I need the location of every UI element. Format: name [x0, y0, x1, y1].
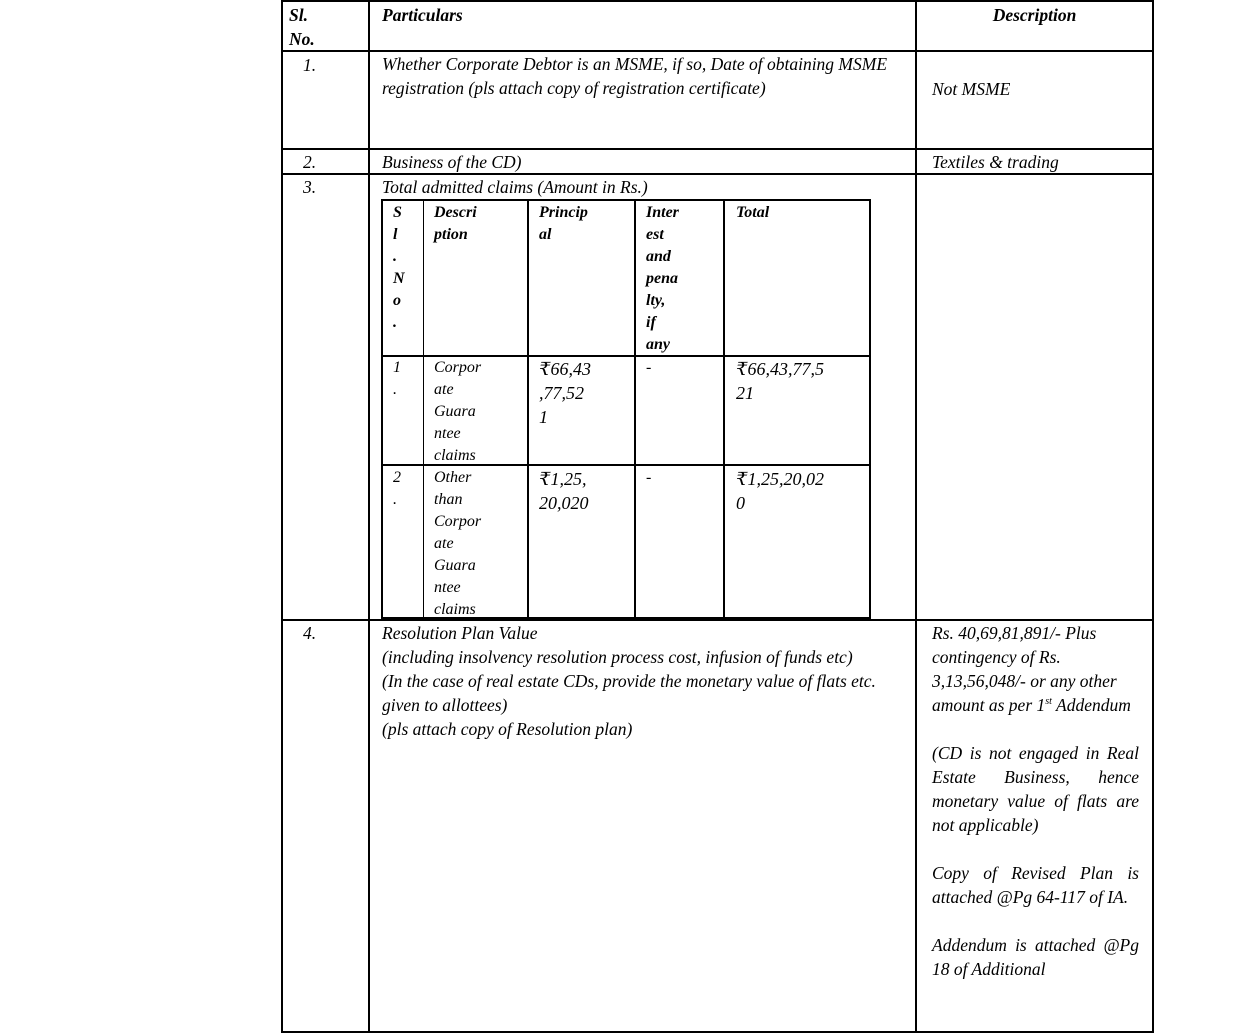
claims-table: S l . N o . Descri ption Princip al Inte… — [381, 199, 871, 619]
claims-header-description: Descri ption — [434, 202, 477, 246]
table-border-left — [281, 0, 283, 1033]
plan-value-tail: Addendum — [1056, 695, 1131, 715]
table-border-right — [1152, 0, 1154, 1033]
header-description: Description — [917, 3, 1152, 27]
claims-border-left — [381, 199, 383, 619]
row-3-sl: 3. — [303, 175, 316, 199]
row-1-sl: 1. — [303, 53, 316, 77]
claims-border-right — [869, 199, 871, 619]
claims-row-2-description: Other than Corpor ate Guara ntee claims — [434, 467, 481, 621]
row-2-sl: 2. — [303, 150, 316, 174]
column-divider-1 — [368, 0, 370, 1033]
row-2-particulars: Business of the CD) — [382, 150, 522, 174]
row-4-particulars-line: (In the case of real estate CDs, provide… — [382, 669, 902, 717]
claims-header-principal: Princip al — [539, 202, 588, 246]
row-4-description: Rs. 40,69,81,891/- Plus contingency of R… — [932, 621, 1139, 981]
row-4-description-copy: Copy of Revised Plan is attached @Pg 64-… — [932, 861, 1139, 909]
ordinal-suffix: st — [1045, 696, 1052, 707]
row-4-particulars-line: (including insolvency resolution process… — [382, 645, 902, 669]
claims-row-1-description: Corpor ate Guara ntee claims — [434, 357, 481, 467]
column-divider-2 — [915, 0, 917, 1033]
header-particulars: Particulars — [382, 3, 463, 27]
claims-row-2-interest: - — [646, 467, 651, 489]
claims-col-divider — [527, 199, 529, 619]
claims-row-1-sl: 1 . — [393, 357, 401, 401]
row-4-description-plan-value: Rs. 40,69,81,891/- Plus contingency of R… — [932, 621, 1139, 717]
row-4-description-addendum: Addendum is attached @Pg 18 of Additiona… — [932, 933, 1139, 981]
row-4-particulars: Resolution Plan Value (including insolve… — [382, 621, 902, 741]
claims-row-2-principal: ₹1,25, 20,020 — [539, 467, 589, 515]
claims-header-interest: Inter est and pena lty, if any — [646, 202, 679, 356]
claims-header-sl-no: S l . N o . — [393, 202, 405, 334]
claims-row-2-sl: 2 . — [393, 467, 401, 511]
claims-row-1-interest: - — [646, 357, 651, 379]
header-sl-no: Sl. No. — [289, 3, 329, 51]
row-1-description: Not MSME — [932, 77, 1010, 101]
claims-row-1-principal: ₹66,43 ,77,52 1 — [539, 357, 591, 429]
row-4-particulars-line: Resolution Plan Value — [382, 621, 902, 645]
row-2-description: Textiles & trading — [932, 150, 1059, 174]
row-4-description-note: (CD is not engaged in Real Estate Busine… — [932, 741, 1139, 837]
table-border-top — [281, 0, 1154, 2]
claims-col-divider — [423, 199, 424, 619]
claims-row-2-total: ₹1,25,20,02 0 — [736, 467, 824, 515]
row-3-particulars: Total admitted claims (Amount in Rs.) — [382, 175, 648, 199]
claims-row-1-total: ₹66,43,77,5 21 — [736, 357, 824, 405]
document-table: Sl. No. Particulars Description 1. Wheth… — [281, 0, 1153, 1033]
row-4-particulars-line: (pls attach copy of Resolution plan) — [382, 717, 902, 741]
row-1-particulars: Whether Corporate Debtor is an MSME, if … — [382, 52, 902, 100]
claims-border-top — [381, 199, 871, 201]
claims-col-divider — [723, 199, 725, 619]
row-4-sl: 4. — [303, 621, 316, 645]
claims-header-total: Total — [736, 202, 769, 224]
claims-col-divider — [634, 199, 636, 619]
